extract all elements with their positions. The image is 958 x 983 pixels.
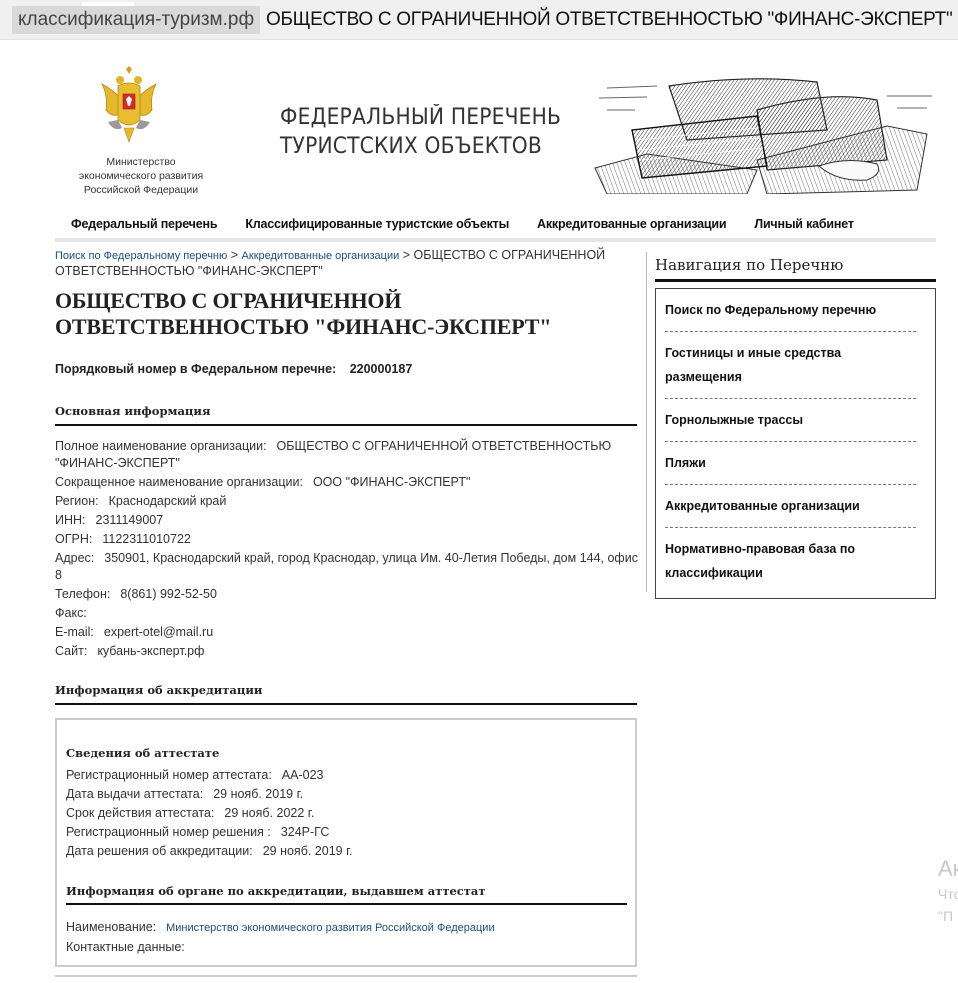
info-value: 2311149007 (96, 513, 164, 527)
main-nav: Федеральный перечень Классифицированные … (55, 213, 866, 235)
breadcrumb: Поиск по Федеральному перечню > Аккредит… (55, 248, 635, 278)
sidebar-item-accredited-orgs[interactable]: Аккредитованные организации (665, 485, 916, 528)
info-label: Регион: (55, 494, 99, 508)
info-value: 8(861) 992-52-50 (120, 587, 217, 601)
info-label: Факс: (55, 606, 87, 620)
sidebar-item-ski-slopes[interactable]: Горнолыжные трассы (665, 399, 916, 442)
info-label: Сокращенное наименование организации: (55, 475, 303, 489)
info-value[interactable]: кубань-эксперт.рф (97, 644, 204, 658)
sidebar-item-hotels[interactable]: Гостиницы и иные средства размещения (665, 332, 916, 399)
info-row-address: Адрес:350901, Краснодарский край, город … (55, 550, 640, 584)
breadcrumb-search[interactable]: Поиск по Федеральному перечню (55, 250, 227, 262)
info-row-email: E-mail:expert-otel@mail.ru (55, 624, 640, 641)
info-label: ОГРН: (55, 532, 92, 546)
sidebar-divider (646, 252, 647, 592)
basic-info-list: Полное наименование организации:ОБЩЕСТВО… (55, 438, 640, 662)
cert-row-decision-number: Регистрационный номер решения :324Р-ГС (66, 823, 353, 842)
info-label: Полное наименование организации: (55, 439, 267, 453)
certificate-list: Регистрационный номер аттестата:АА-023 Д… (66, 766, 353, 861)
page-title: ОБЩЕСТВО С ОГРАНИЧЕННОЙ ОТВЕТСТВЕННОСТЬЮ… (55, 288, 640, 340)
cert-value: 29 нояб. 2022 г. (224, 806, 314, 820)
watermark-line: Что (938, 883, 958, 905)
breadcrumb-accredited-orgs[interactable]: Аккредитованные организации (242, 250, 400, 262)
site-label: классификация-туризм.рф (12, 6, 260, 34)
cert-row-decision-date: Дата решения об аккредитации:29 нояб. 20… (66, 842, 353, 861)
nav-classified-objects[interactable]: Классифицированные туристские объекты (245, 213, 509, 235)
info-row-fax: Факс: (55, 605, 640, 622)
cert-value: 29 нояб. 2019 г. (213, 787, 303, 801)
coat-of-arms-icon[interactable] (98, 66, 160, 150)
info-row-region: Регион:Краснодарский край (55, 493, 640, 510)
info-row-inn: ИНН:2311149007 (55, 512, 640, 529)
cert-row-valid-until: Срок действия аттестата:29 нояб. 2022 г. (66, 804, 353, 823)
body-label: Контактные данные: (66, 940, 185, 954)
info-value: Краснодарский край (109, 494, 227, 508)
info-label: ИНН: (55, 513, 86, 527)
ministry-line: Российской Федерации (66, 183, 216, 197)
ministry-line: Министерство (66, 155, 216, 169)
info-row-full-name: Полное наименование организации:ОБЩЕСТВО… (55, 438, 640, 472)
nav-federal-list[interactable]: Федеральный перечень (71, 213, 217, 235)
sidebar-title: Навигация по Перечню (655, 256, 936, 282)
sidebar-item-beaches[interactable]: Пляжи (665, 442, 916, 485)
cert-label: Дата выдачи аттестата: (66, 787, 203, 801)
cert-row-issue-date: Дата выдачи аттестата:29 нояб. 2019 г. (66, 785, 353, 804)
window-titlebar: классификация-туризм.рф ОБЩЕСТВО С ОГРАН… (0, 0, 958, 40)
certificate-heading: Сведения об аттестате (66, 746, 219, 760)
site-name-line: ТУРИСТСКИХ ОБЪЕКТОВ (280, 132, 561, 161)
ministry-caption: Министерство экономического развития Рос… (66, 155, 216, 197)
ministry-line: экономического развития (66, 169, 216, 183)
info-row-ogrn: ОГРН:1122311010722 (55, 531, 640, 548)
cert-row-reg-number: Регистрационный номер аттестата:АА-023 (66, 766, 353, 785)
info-row-site: Сайт:кубань-эксперт.рф (55, 643, 640, 660)
site-name-line: ФЕДЕРАЛЬНЫЙ ПЕРЕЧЕНЬ (280, 103, 561, 132)
info-value: ООО "ФИНАНС-ЭКСПЕРТ" (313, 475, 470, 489)
ordinal-number-value: 220000187 (350, 362, 413, 376)
info-value: 1122311010722 (102, 532, 191, 546)
watermark-line: Ак (938, 855, 958, 883)
info-value: 350901, Краснодарский край, город Красно… (55, 551, 638, 582)
accreditation-box: Сведения об аттестате Регистрационный но… (55, 718, 637, 967)
cert-value: АА-023 (282, 768, 324, 782)
accreditation-body-link[interactable]: Министерство экономического развития Рос… (166, 922, 494, 934)
nav-personal-account[interactable]: Личный кабинет (754, 213, 853, 235)
nav-accredited-orgs[interactable]: Аккредитованные организации (537, 213, 726, 235)
nav-divider (55, 238, 936, 242)
info-label: E-mail: (55, 625, 94, 639)
ordinal-number: Порядковый номер в Федеральном перечне: … (55, 362, 412, 376)
cert-label: Дата решения об аккредитации: (66, 844, 253, 858)
info-value[interactable]: expert-otel@mail.ru (104, 625, 213, 639)
body-row-name: Наименование:Министерство экономического… (66, 918, 495, 938)
basic-info-heading: Основная информация (55, 404, 637, 426)
cert-label: Регистрационный номер аттестата: (66, 768, 272, 782)
accreditation-body-list: Наименование:Министерство экономического… (66, 918, 495, 957)
cert-label: Срок действия аттестата: (66, 806, 214, 820)
info-label: Сайт: (55, 644, 87, 658)
info-label: Адрес: (55, 551, 94, 565)
breadcrumb-separator: > (403, 248, 410, 262)
watermark-line: "П (938, 905, 958, 927)
window-title: ОБЩЕСТВО С ОГРАНИЧЕННОЙ ОТВЕТСТВЕННОСТЬЮ… (266, 6, 952, 34)
activation-watermark: Ак Что "П (938, 855, 958, 927)
accreditation-body-heading: Информация об органе по аккредитации, вы… (66, 884, 627, 905)
bottom-divider (55, 975, 637, 977)
info-label: Телефон: (55, 587, 110, 601)
info-row-short-name: Сокращенное наименование организации:ООО… (55, 474, 640, 491)
info-row-phone: Телефон:8(861) 992-52-50 (55, 586, 640, 603)
site-name[interactable]: ФЕДЕРАЛЬНЫЙ ПЕРЕЧЕНЬ ТУРИСТСКИХ ОБЪЕКТОВ (280, 103, 561, 161)
ordinal-number-label: Порядковый номер в Федеральном перечне: (55, 362, 336, 376)
books-banner-image (587, 70, 937, 194)
breadcrumb-separator: > (231, 248, 238, 262)
sidebar-item-regulations[interactable]: Нормативно-правовая база по классификаци… (665, 528, 916, 594)
accreditation-heading: Информация об аккредитации (55, 683, 637, 705)
body-row-contacts: Контактные данные: (66, 938, 495, 957)
sidebar-item-search[interactable]: Поиск по Федеральному перечню (665, 289, 916, 332)
body-label: Наименование: (66, 920, 156, 934)
cert-label: Регистрационный номер решения : (66, 825, 271, 839)
cert-value: 324Р-ГС (281, 825, 330, 839)
cert-value: 29 нояб. 2019 г. (263, 844, 353, 858)
sidebar-nav: Поиск по Федеральному перечню Гостиницы … (655, 288, 936, 599)
